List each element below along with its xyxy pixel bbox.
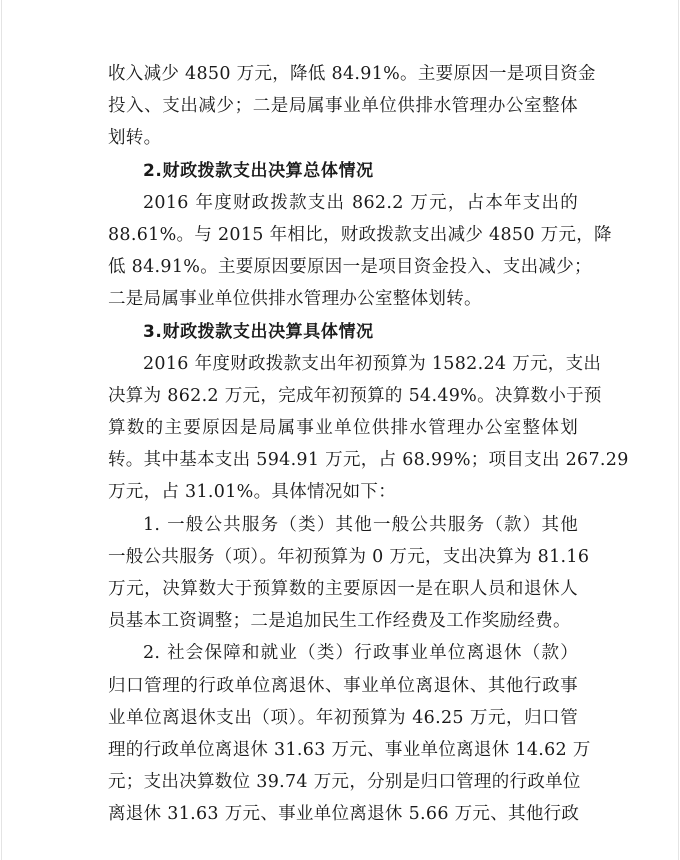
paragraph-overall-expenditure: 2016 年度财政拨款支出 862.2 万元，占本年支出的 88.61%。与 2… [108,187,578,316]
text-line: 2016 年度财政拨款支出 862.2 万元，占本年支出的 [108,187,578,219]
document-page: 收入减少 4850 万元，降低 84.91%。主要原因一是项目资金 投入、支出减… [1,0,679,860]
text-line: 转。其中基本支出 594.91 万元，占 68.99%；项目支出 267.29 [108,444,578,476]
text-line: 投入、支出减少；二是局属事业单位供排水管理办公室整体 [108,90,578,122]
text-line: 决算为 862.2 万元，完成年初预算的 54.49%。决算数小于预 [108,380,578,412]
text-line: 离退休 31.63 万元、事业单位离退休 5.66 万元、其他行政 [108,798,578,830]
text-line: 万元，决算数大于预算数的主要原因一是在职人员和退休人 [108,573,578,605]
text-line: 2016 年度财政拨款支出年初预算为 1582.24 万元，支出 [108,348,578,380]
text-line: 划转。 [108,122,578,154]
paragraph-income-decrease: 收入减少 4850 万元，降低 84.91%。主要原因一是项目资金 投入、支出减… [108,58,578,155]
text-line: 2. 社会保障和就业（类）行政事业单位离退休（款） [108,637,578,669]
text-line: 业单位离退休支出（项）。年初预算为 46.25 万元，归口管 [108,702,578,734]
text-line: 二是局属事业单位供排水管理办公室整体划转。 [108,283,578,315]
section-heading-overall: 2.财政拨款支出决算总体情况 [108,155,578,187]
list-item-social-security: 2. 社会保障和就业（类）行政事业单位离退休（款） 归口管理的行政单位离退休、事… [108,637,578,830]
text-line: 一般公共服务（项）。年初预算为 0 万元，支出决算为 81.16 [108,541,578,573]
document-body: 收入减少 4850 万元，降低 84.91%。主要原因一是项目资金 投入、支出减… [108,58,578,831]
text-line: 员基本工资调整；二是追加民生工作经费及工作奖励经费。 [108,605,578,637]
text-line: 理的行政单位离退休 31.63 万元、事业单位离退休 14.62 万 [108,734,578,766]
text-line: 收入减少 4850 万元，降低 84.91%。主要原因一是项目资金 [108,58,578,90]
paragraph-detail-expenditure: 2016 年度财政拨款支出年初预算为 1582.24 万元，支出 决算为 862… [108,348,578,509]
text-line: 88.61%。与 2015 年相比，财政拨款支出减少 4850 万元，降 [108,219,578,251]
text-line: 1. 一般公共服务（类）其他一般公共服务（款）其他 [108,509,578,541]
section-heading-detail: 3.财政拨款支出决算具体情况 [108,316,578,348]
list-item-general-public-services: 1. 一般公共服务（类）其他一般公共服务（款）其他 一般公共服务（项）。年初预算… [108,509,578,638]
text-line: 万元，占 31.01%。具体情况如下： [108,476,578,508]
text-line: 元；支出决算数位 39.74 万元，分别是归口管理的行政单位 [108,766,578,798]
text-line: 低 84.91%。主要原因要原因一是项目资金投入、支出减少； [108,251,578,283]
text-line: 算数的主要原因是局属事业单位供排水管理办公室整体划 [108,412,578,444]
text-line: 归口管理的行政单位离退休、事业单位离退休、其他行政事 [108,670,578,702]
